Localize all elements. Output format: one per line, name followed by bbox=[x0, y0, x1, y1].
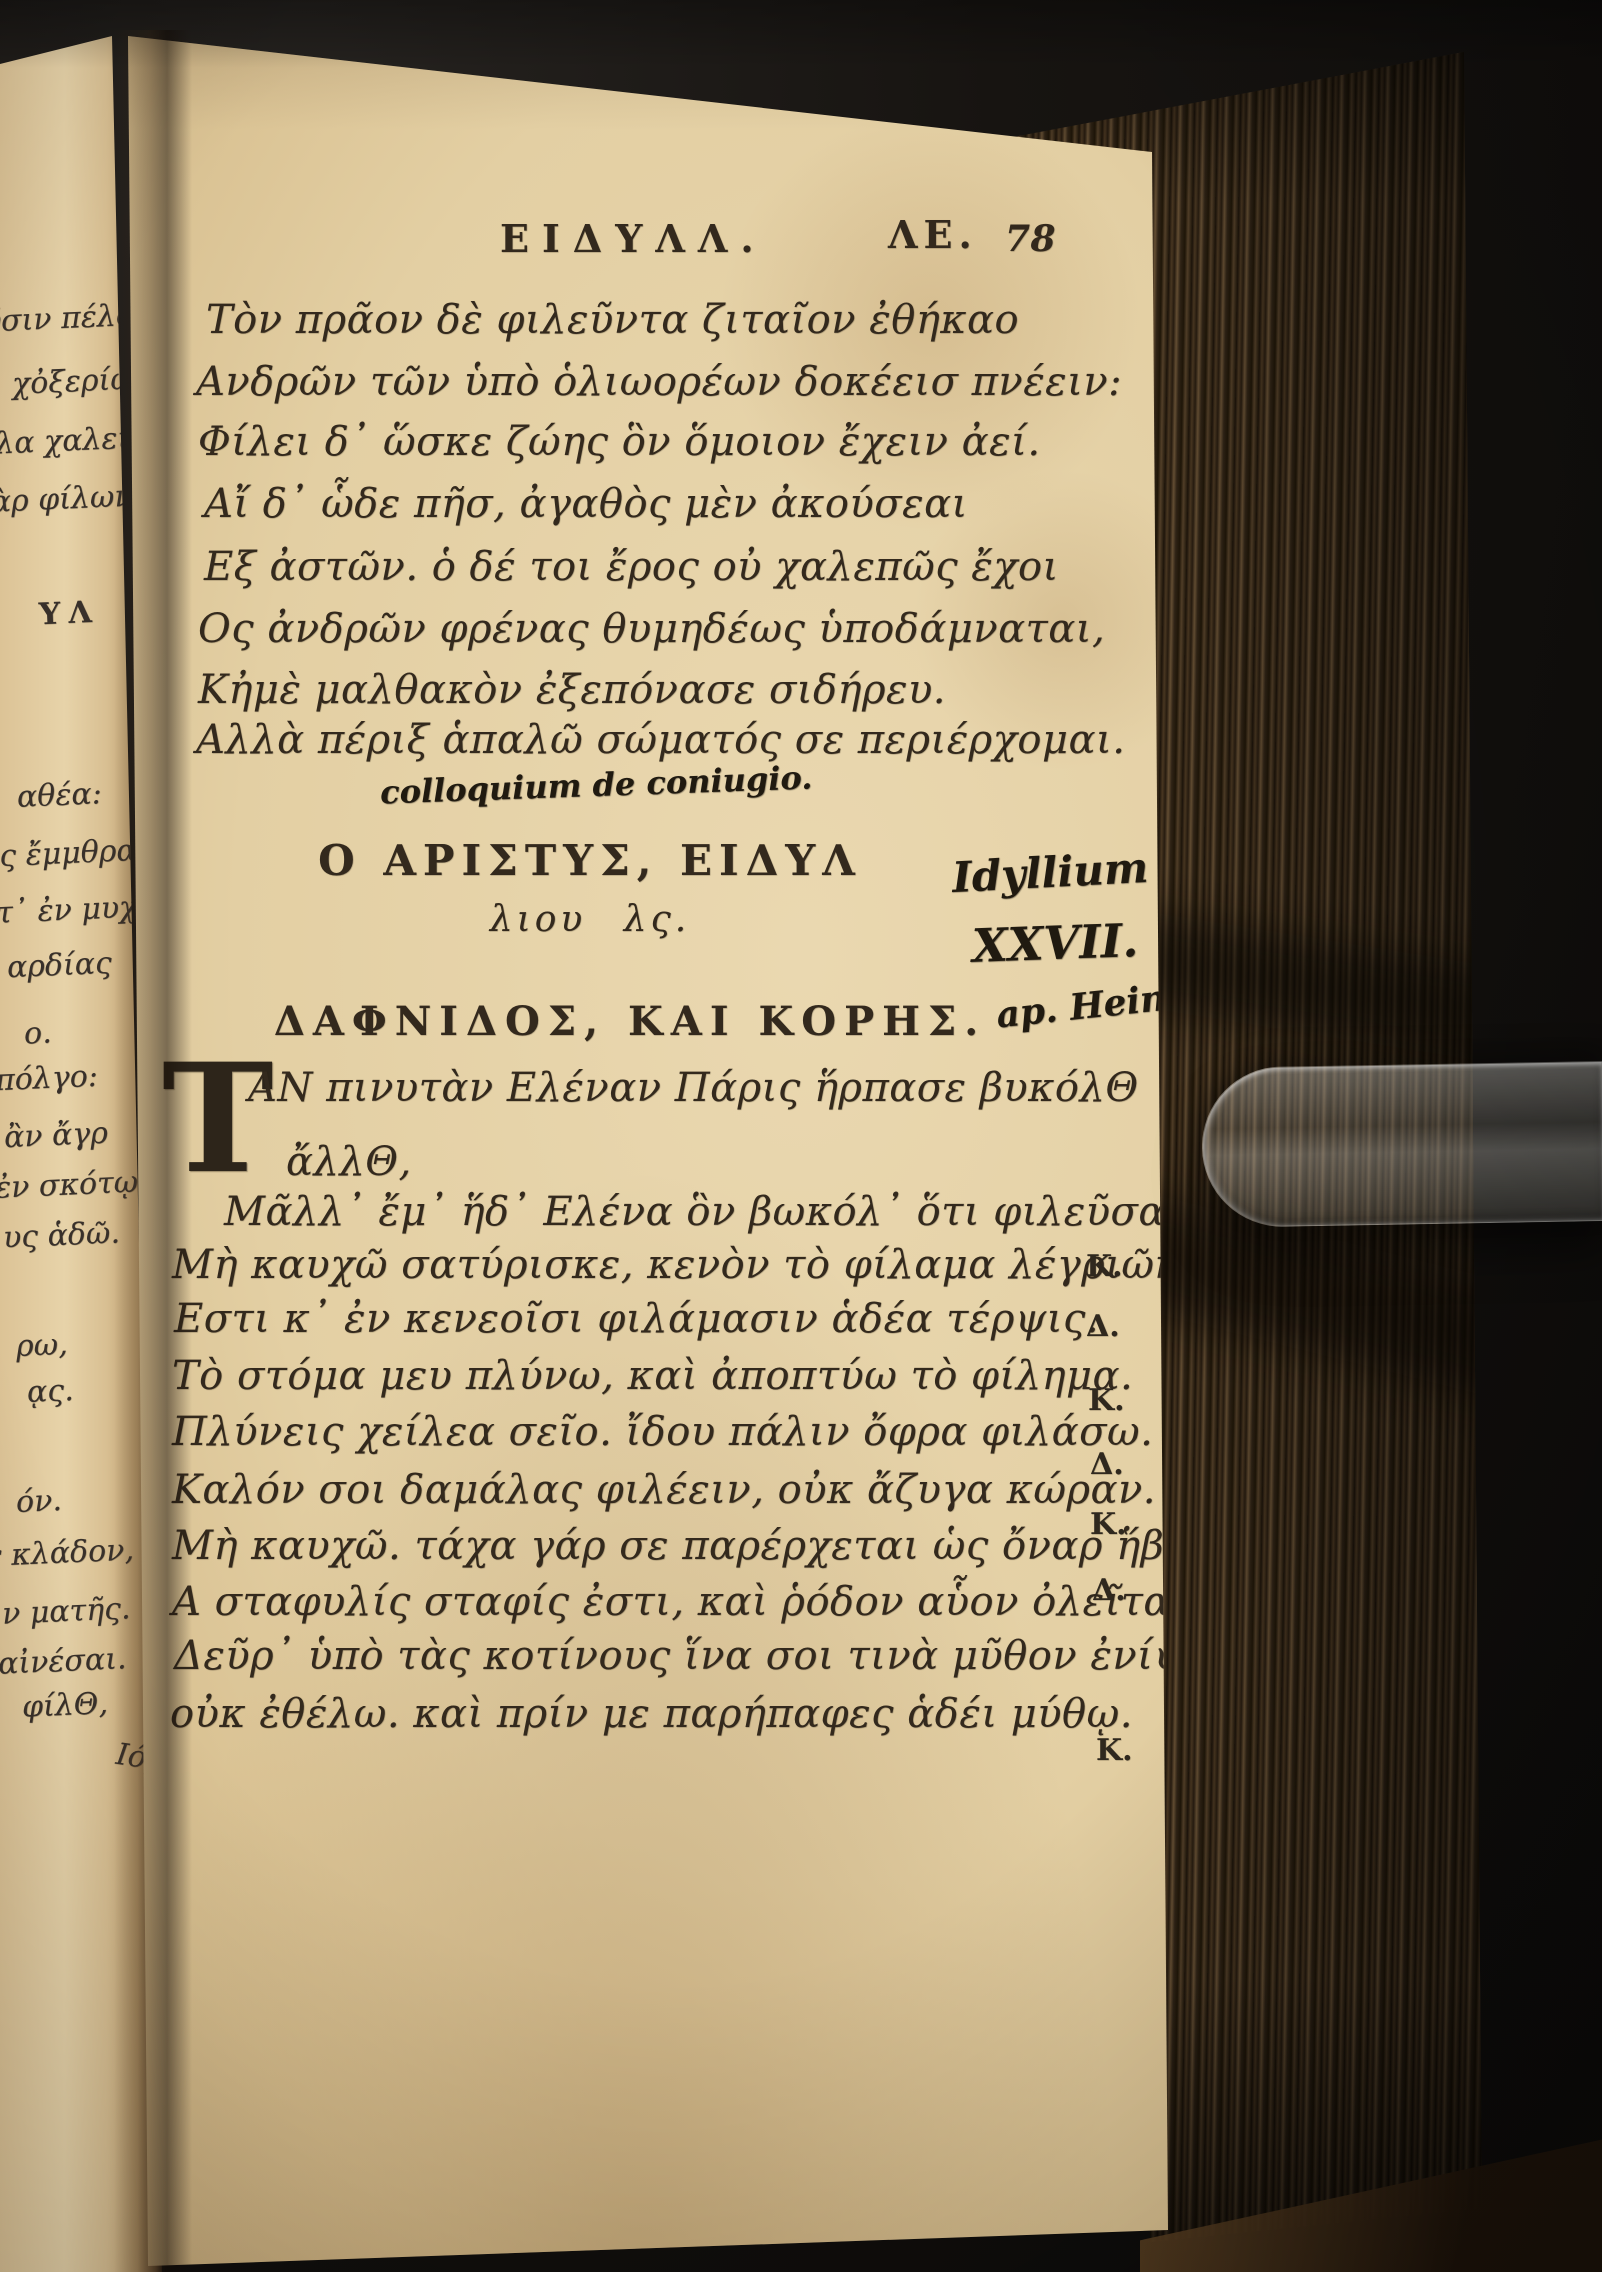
idyll-heading-line2: λιου λς. bbox=[280, 900, 900, 940]
left-page-fragment: όν. bbox=[15, 1483, 62, 1521]
speaker-mark: Κ. bbox=[1090, 1510, 1127, 1540]
speaker-mark: Δ. bbox=[1090, 1450, 1124, 1480]
dialogue-line: οὐκ ἐθέλω. καὶ πρίν με παρήπαφες ἁδέι μύ… bbox=[170, 1692, 1133, 1736]
dialogue-line: Δεῦρ᾽ ὑπὸ τὰς κοτίνους ἵνα σοι τινὰ μῦθο… bbox=[174, 1634, 1232, 1678]
left-page-fragment: αρδίας bbox=[6, 946, 112, 987]
book-photograph: ῆσιν πέλοι χὀξερίω. γάλα χαλεις, πὰρ φίλ… bbox=[0, 0, 1602, 2272]
handwritten-note: colloquium de coniugio. bbox=[379, 758, 812, 811]
idyll-heading-line1: Ο ΑΡΙΣΤΥΣ, ΕΙΔΥΛ bbox=[280, 838, 900, 884]
page-number: 78 bbox=[1005, 220, 1056, 260]
poem-line: Αἴ δ᾽ ὧδε πῆσ, ἀγαθὸς μὲν ἀκούσεαι bbox=[204, 482, 968, 526]
left-page-fragment: ρω, bbox=[16, 1327, 69, 1365]
running-header-title: ΕΙΔΥΛΛ. bbox=[500, 218, 767, 260]
poem-line: Αλλὰ πέριξ ἁπαλῶ σώματός σε περιέρχομαι. bbox=[196, 718, 1125, 762]
dialogue-line: Πλύνεις χείλεα σεῖο. ἴδου πάλιν ὄφρα φιλ… bbox=[172, 1410, 1153, 1454]
left-page-fragment: ν ματῆς. bbox=[1, 1591, 131, 1633]
poem-line: Εξ ἀστῶν. ὁ δέ τοι ἔρος οὐ χαλεπῶς ἔχοι bbox=[204, 545, 1059, 589]
dialogue-line: Α σταφυλίς σταφίς ἐστι, καὶ ῥόδον αὗον ὀ… bbox=[172, 1580, 1200, 1624]
left-page-fragment: φίλΘ, bbox=[21, 1686, 108, 1726]
poem-line: Τὸν πρᾶον δὲ φιλεῦντα ζιταῖον ἐθήκαο bbox=[206, 298, 1019, 342]
poem-line: Φίλει δ᾽ ὥσκε ζώης ὃν ὅμοιον ἔχειν ἀεί. bbox=[198, 420, 1041, 464]
speaker-mark: Κ. bbox=[1088, 1386, 1125, 1416]
poem-line: Κἠμὲ μαλθακὸν ἐξεπόνασε σιδήρευ. bbox=[198, 668, 946, 712]
dialogue-heading: ΔΑΦΝΙΔΟΣ, ΚΑΙ ΚΟΡΗΣ. bbox=[190, 1000, 1070, 1044]
margin-note-idyllium: Idyllium bbox=[951, 843, 1150, 902]
gutter-shadow bbox=[114, 30, 192, 2272]
left-page-fragment: ἂν ἄγρ bbox=[3, 1116, 108, 1156]
left-page-fragment: υς ἁδῶ. bbox=[2, 1215, 120, 1256]
poem-line: Ανδρῶν τῶν ὑπὸ ὁλιωορέων δοκέεισ πνέειν: bbox=[196, 360, 1122, 404]
dialogue-line: Μὴ καυχῶ σατύρισκε, κενὸν τὸ φίλαμα λέγρ… bbox=[172, 1243, 1193, 1287]
clear-plastic-strap bbox=[1201, 1061, 1602, 1228]
margin-note-numeral: XXVII. bbox=[971, 913, 1139, 973]
left-page-fragment: ᾳς. bbox=[27, 1373, 75, 1411]
speaker-mark: Κ. bbox=[1086, 1252, 1123, 1282]
dialogue-line: ΑΝ πινυτὰν Ελέναν Πάρις ἥρπασε βυκόλΘ bbox=[248, 1066, 1139, 1110]
dialogue-line: ἄλλΘ, bbox=[286, 1140, 412, 1184]
speaker-mark: Κ. bbox=[1096, 1736, 1133, 1766]
speaker-mark: Δ. bbox=[1092, 1576, 1126, 1606]
dialogue-line: Εστι κ᾽ ἐν κενεοῖσι φιλάμασιν ἁδέα τέρψι… bbox=[174, 1297, 1099, 1341]
poem-line: Ος ἀνδρῶν φρένας θυμηδέως ὑποδάμναται, bbox=[198, 607, 1105, 651]
dialogue-line: Μᾶλλ᾽ ἔμ᾽ ἥδ᾽ Ελένα ὃν βωκόλ᾽ ὅτι φιλεῦσ… bbox=[224, 1190, 1166, 1234]
speaker-mark: Δ. bbox=[1086, 1312, 1120, 1342]
left-page-fragment: ΥΛ bbox=[39, 595, 101, 634]
dialogue-line: Καλόν σοι δαμάλας φιλέειν, οὐκ ἄζυγα κώρ… bbox=[172, 1468, 1156, 1512]
dialogue-line: Τὸ στόμα μευ πλύνω, καὶ ἀποπτύω τὸ φίλημ… bbox=[172, 1354, 1133, 1398]
left-page-fragment: αἰνέσαι. bbox=[0, 1641, 127, 1683]
dialogue-line: Μὴ καυχῶ. τάχα γάρ σε παρέρχεται ὡς ὄναρ… bbox=[172, 1524, 1202, 1568]
running-header-section: ΛΕ. bbox=[888, 214, 978, 256]
left-page-fragment: ο. bbox=[24, 1015, 53, 1052]
left-page-fragment: αθέα: bbox=[16, 776, 102, 816]
left-page-fragment: πόλγο: bbox=[0, 1059, 99, 1099]
